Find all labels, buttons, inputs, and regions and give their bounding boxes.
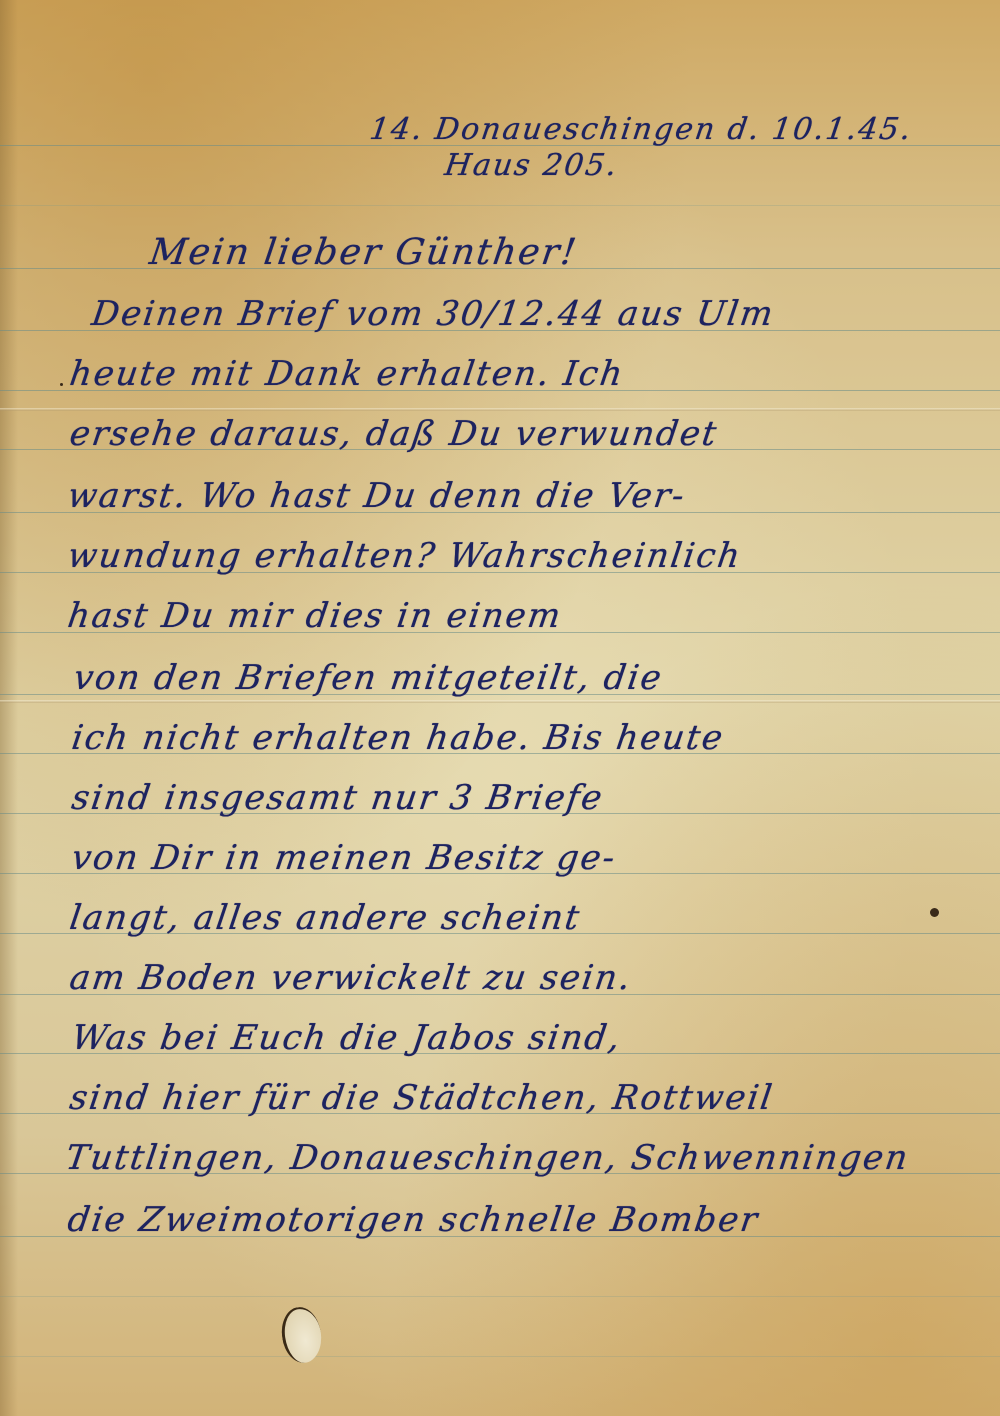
- letter-line: Was bei Euch die Jabos sind,: [69, 1018, 624, 1058]
- ink-speck: [60, 383, 63, 386]
- letter-page: 14. Donaueschingen d. 10.1.45. Haus 205.…: [0, 0, 1000, 1416]
- paper-fold: [0, 408, 1000, 411]
- letter-line: die Zweimotorigen schnelle Bomber: [65, 1200, 761, 1240]
- letter-line: Tuttlingen, Donaueschingen, Schwenningen: [63, 1138, 912, 1178]
- ink-speck: [930, 908, 939, 917]
- letter-line: ersehe daraus, daß Du verwundet: [67, 414, 720, 454]
- letter-line: am Boden verwickelt zu sein.: [67, 958, 634, 998]
- letter-line: ich nicht erhalten habe. Bis heute: [69, 718, 727, 758]
- letter-line: sind hier für die Städtchen, Rottweil: [67, 1078, 776, 1118]
- letter-line: sind insgesamt nur 3 Briefe: [69, 778, 606, 818]
- letter-line: warst. Wo hast Du denn die Ver-: [65, 476, 688, 516]
- paper-edge-shadow: [0, 0, 18, 1416]
- letter-line: Deinen Brief vom 30/12.44 aus Ulm: [89, 294, 777, 334]
- letter-line: langt, alles andere scheint: [67, 898, 583, 938]
- letter-line: von Dir in meinen Besitz ge-: [69, 838, 619, 878]
- letter-greeting: Mein lieber Günther!: [147, 232, 580, 273]
- letter-line: hast Du mir dies in einem: [65, 596, 565, 636]
- letter-header-place-date: 14. Donaueschingen d. 10.1.45.: [368, 112, 915, 147]
- ruled-line: [0, 1356, 1000, 1357]
- ruled-line: [0, 205, 1000, 206]
- letter-line: wundung erhalten? Wahrscheinlich: [65, 536, 744, 576]
- paper-fold: [0, 700, 1000, 703]
- letter-line: heute mit Dank erhalten. Ich: [67, 354, 627, 394]
- ruled-line: [0, 1296, 1000, 1297]
- letter-line: von den Briefen mitgeteilt, die: [71, 658, 665, 698]
- letter-header-house: Haus 205.: [443, 148, 621, 183]
